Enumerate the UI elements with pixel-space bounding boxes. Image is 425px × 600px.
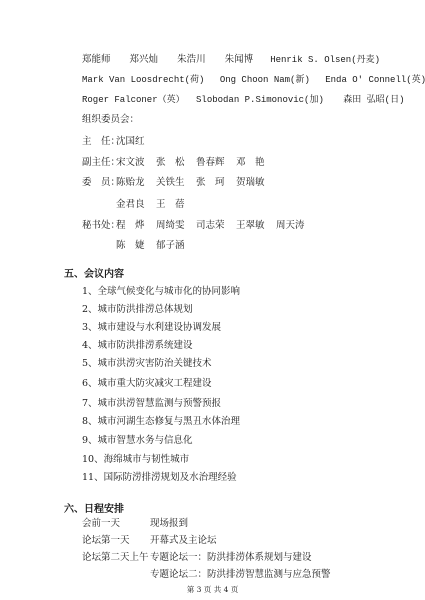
schedule-activity: 专题论坛二：防洪排涝智慧监测与应急预警 [150,569,331,581]
member-name: 邓 艳 [236,157,265,168]
schedule-row: 论坛第一天 开幕式及主论坛 [0,535,425,547]
member-name: Enda O' Connell(英) [325,75,425,85]
member-name: 朱浩川 [177,54,206,65]
member-name: 司志荣 [196,220,236,232]
committee-row-2: Mark Van Loosdrecht(荷) Ong Choon Nam(新) … [82,74,425,86]
member-name: 森田 弘昭(日) [343,95,404,105]
topic-item: 2、城市防洪排涝总体规划 [82,304,193,316]
member-name: 朱闻博 [225,54,254,65]
schedule-row: 会前一天 现场报到 [0,518,425,530]
member-name: 郑兴灿 [130,54,159,65]
member-name: 关铁生 [156,177,196,189]
member-name: 郑能师 [82,54,111,65]
committee-row-1: 郑能师 郑兴灿 朱浩川 朱闻博 Henrik S. Olsen(丹麦) [82,54,380,66]
member-name: 金君良 [116,199,156,211]
schedule-activity: 专题论坛一：防洪排涝体系规划与建设 [150,552,312,564]
schedule-time: 会前一天 [82,518,120,530]
member-name: Mark Van Loosdrecht(荷) [82,75,204,85]
member-name: 王 蓓 [156,199,185,210]
member-name: 张 珂 [196,177,236,189]
members-row-1: 委 员：陈贻龙关铁生张 珂贺瑞敏 [82,177,265,189]
member-name: 贺瑞敏 [236,177,265,188]
chair-name: 沈国红 [116,136,145,147]
schedule-time: 论坛第一天 [82,535,130,547]
schedule-row: 专题论坛二：防洪排涝智慧监测与应急预警 [0,569,425,581]
member-name: 张 松 [156,157,196,169]
topic-item: 10、海绵城市与韧性城市 [82,454,189,466]
topic-item: 9、城市智慧水务与信息化 [82,435,193,447]
schedule-row: 论坛第二天上午 专题论坛一：防洪排涝体系规划与建设 [0,552,425,564]
secretary-row-1: 秘书处：程 烨周绮雯司志荣王翠敏周天涛 [82,220,305,232]
member-name: 王翠敏 [236,220,276,232]
member-name: 陈 婕 [116,240,156,252]
member-name: 程 烨 [116,220,156,232]
vice-chair-row: 副主任：宋文波张 松鲁春辉邓 艳 [82,157,265,169]
schedule-activity: 现场报到 [150,518,188,530]
topic-item: 8、城市河湖生态修复与黑丑水体治理 [82,416,240,428]
vice-chair-label: 副主任： [82,157,116,169]
schedule-time: 论坛第二天上午 [82,552,149,564]
member-name: 周绮雯 [156,220,196,232]
topic-item: 3、城市建设与水利建设协调发展 [82,322,221,334]
topic-item: 7、城市洪涝智慧监测与预警预报 [82,398,221,410]
document-page: 郑能师 郑兴灿 朱浩川 朱闻博 Henrik S. Olsen(丹麦) Mark… [0,0,425,600]
member-name: 郁子涵 [156,240,185,251]
topic-item: 11、国际防涝排涝规划及水治理经验 [82,472,237,484]
topic-item: 6、城市重大防灾减灾工程建设 [82,378,212,390]
chair-label: 主 任： [82,136,116,148]
member-name: Roger Falconer（英） [82,95,185,105]
schedule-activity: 开幕式及主论坛 [150,535,217,547]
members-label: 委 员： [82,177,116,189]
section-heading-schedule: 六、日程安排 [64,500,124,515]
member-name: Slobodan P.Simonovic(加) [196,95,324,105]
secretary-row-2: 陈 婕郁子涵 [116,240,185,252]
members-row-2: 金君良王 蓓 [116,199,185,211]
member-name: 鲁春辉 [196,157,236,169]
page-footer: 第 3 页 共 4 页 [0,584,425,595]
member-name: 宋文波 [116,157,156,169]
topic-item: 1、全球气候变化与城市化的协同影响 [82,286,240,298]
member-name: 周天涛 [276,220,305,231]
member-name: 陈贻龙 [116,177,156,189]
secretary-label: 秘书处： [82,220,116,232]
member-name: Ong Choon Nam(新) [220,75,310,85]
section-heading-meeting-content: 五、会议内容 [64,265,124,280]
chair-row: 主 任：沈国红 [82,136,145,148]
committee-row-3: Roger Falconer（英） Slobodan P.Simonovic(加… [82,94,404,106]
organizing-committee-title: 组织委员会： [82,114,139,126]
topic-item: 4、城市防洪排涝系统建设 [82,340,193,352]
topic-item: 5、城市洪涝灾害防治关键技术 [82,358,212,370]
member-name: Henrik S. Olsen(丹麦) [270,55,380,65]
